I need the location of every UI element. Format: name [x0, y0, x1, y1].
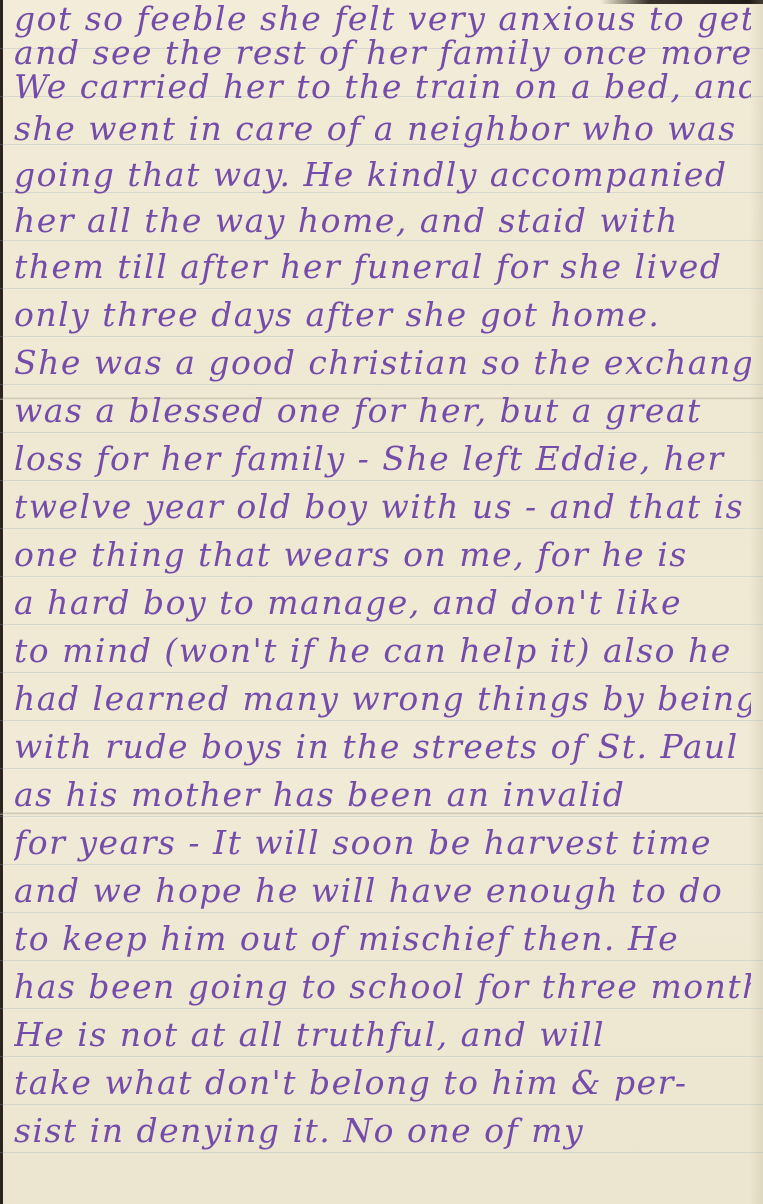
text-line: going that way. He kindly accompanied	[14, 150, 751, 200]
text-line: twelve year old boy with us - and that i…	[14, 482, 751, 532]
text-line: with rude boys in the streets of St. Pau…	[14, 722, 751, 772]
text-line: she went in care of a neighbor who was	[14, 104, 751, 154]
letter-page: got so feeble she felt very anxious to g…	[0, 0, 763, 1204]
text-line: only three days after she got home.	[14, 290, 751, 340]
text-line: to keep him out of mischief then. He	[14, 914, 751, 964]
text-line: to mind (won't if he can help it) also h…	[14, 626, 751, 676]
text-line: them till after her funeral for she live…	[14, 242, 751, 292]
text-line: take what don't belong to him & per-	[14, 1058, 751, 1108]
text-line: She was a good christian so the exchange	[14, 338, 751, 388]
text-line: as his mother has been an invalid	[14, 770, 751, 820]
text-line: sist in denying it. No one of my	[14, 1106, 751, 1156]
text-line: loss for her family - She left Eddie, he…	[14, 434, 751, 484]
text-line: had learned many wrong things by being	[14, 674, 751, 724]
text-line: a hard boy to manage, and don't like	[14, 578, 751, 628]
text-line: and we hope he will have enough to do	[14, 866, 751, 916]
text-line: for years - It will soon be harvest time	[14, 818, 751, 868]
text-line: one thing that wears on me, for he is	[14, 530, 751, 580]
text-line: He is not at all truthful, and will	[14, 1010, 751, 1060]
text-line: her all the way home, and staid with	[14, 196, 751, 246]
text-line: has been going to school for three month…	[14, 962, 751, 1012]
text-line: was a blessed one for her, but a great	[14, 386, 751, 436]
page-right-edge	[749, 0, 763, 1204]
